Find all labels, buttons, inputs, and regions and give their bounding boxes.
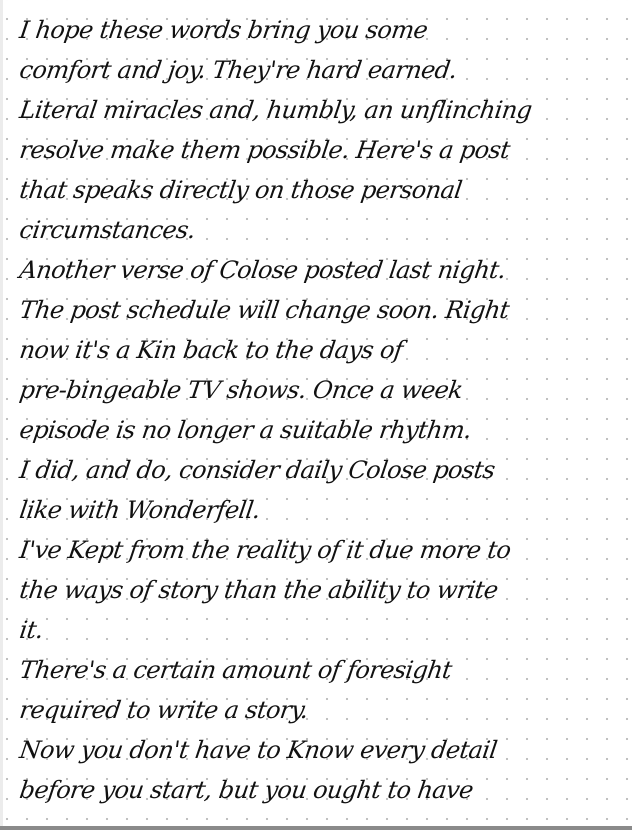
- text-line: circumstances.: [17, 210, 632, 250]
- text-line: required to write a story.: [17, 690, 632, 730]
- dot-grid-page: I hope these words bring you some comfor…: [0, 0, 632, 826]
- text-line: episode is no longer a suitable rhythm.: [17, 410, 632, 450]
- text-line: I did, and do, consider daily Colose pos…: [17, 450, 632, 490]
- text-line: Another verse of Colose posted last nigh…: [17, 250, 632, 290]
- text-line: that speaks directly on those personal: [17, 170, 632, 210]
- text-line: like with Wonderfell.: [17, 490, 632, 530]
- text-line: The post schedule will change soon. Righ…: [17, 290, 632, 330]
- text-line: resolve make them possible. Here's a pos…: [17, 130, 632, 170]
- handwritten-text: I hope these words bring you some comfor…: [17, 10, 626, 810]
- text-line: I've Kept from the reality of it due mor…: [17, 530, 632, 570]
- text-line: Now you don't have to Know every detail: [17, 730, 632, 770]
- text-line: I hope these words bring you some: [17, 10, 632, 50]
- text-line: Literal miracles and, humbly, an unflinc…: [17, 90, 632, 130]
- text-line: pre-bingeable TV shows. Once a week: [17, 370, 632, 410]
- text-line: now it's a Kin back to the days of: [17, 330, 632, 370]
- text-line: comfort and joy. They're hard earned.: [17, 50, 632, 90]
- text-line: There's a certain amount of foresight: [17, 650, 632, 690]
- text-line: the ways of story than the ability to wr…: [17, 570, 632, 610]
- text-line: it.: [17, 610, 632, 650]
- text-line: before you start, but you ought to have: [17, 770, 632, 810]
- bottom-scroll-edge: [0, 826, 632, 830]
